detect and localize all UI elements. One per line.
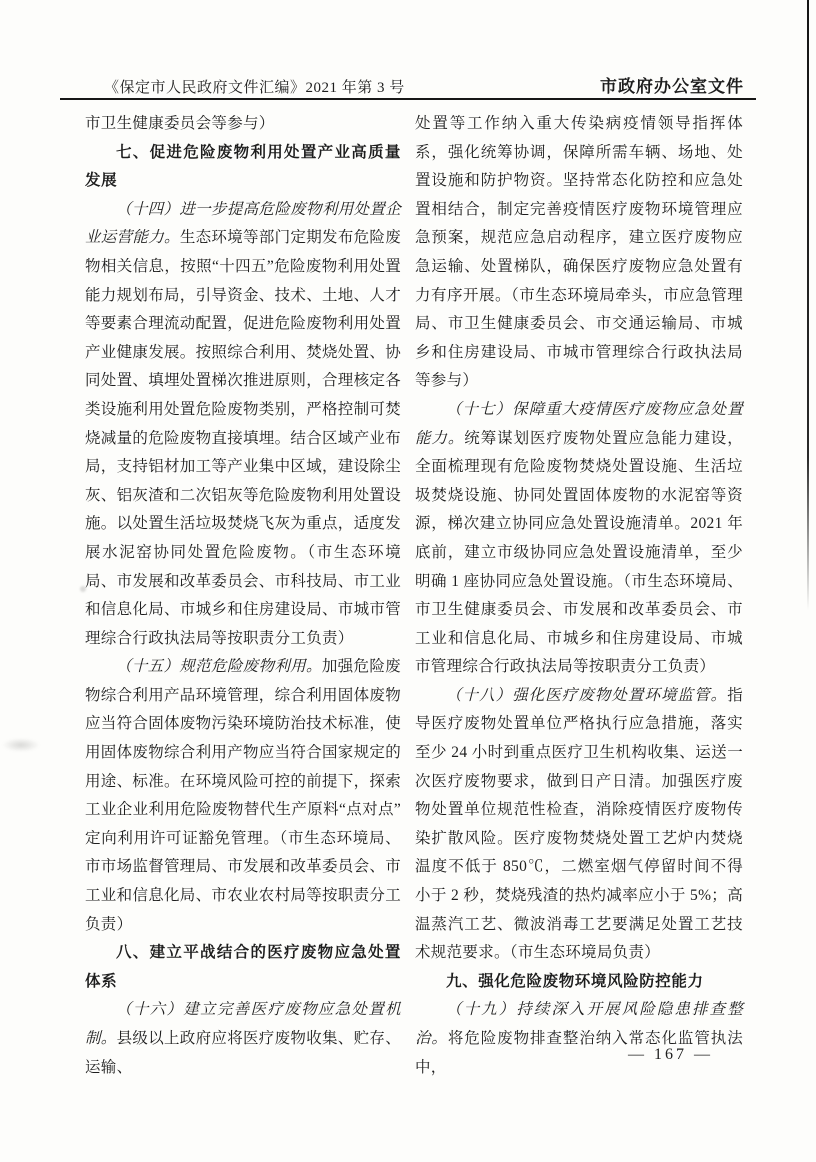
body-text: 八、建立平战结合的医疗废物应急处置体系 xyxy=(85,944,401,990)
body-text: 生态环境等部门定期发布危险废物相关信息，按照“十四五”危险废物利用处置能力规划布… xyxy=(85,229,401,646)
paragraph: 处置等工作纳入重大传染病疫情领导指挥体系，强化统筹协调，保障所需车辆、场地、处置… xyxy=(415,110,743,396)
section-heading: 七、促进危险废物利用处置产业高质量发展 xyxy=(85,139,401,196)
body-text: 七、促进危险废物利用处置产业高质量发展 xyxy=(85,144,401,190)
section-heading: 九、强化危险废物环境风险防控能力 xyxy=(415,968,743,997)
paragraph: （十七）保障重大疫情医疗废物应急处置能力。统筹谋划医疗废物处置应急能力建设，全面… xyxy=(415,396,743,682)
header-divider-line xyxy=(60,98,756,100)
paragraph: （十六）建立完善医疗废物应急处置机制。县级以上政府应将医疗废物收集、贮存、运输、 xyxy=(85,996,401,1082)
paragraph: 市卫生健康委员会等参与） xyxy=(85,110,401,139)
paragraph: （十五）规范危险废物利用。加强危险废物综合利用产品环境管理，综合利用固体废物应当… xyxy=(85,653,401,939)
body-text: 指导医疗废物处置单位严格执行应急措施，落实至少 24 小时到重点医疗卫生机构收集… xyxy=(415,687,743,961)
header-section-label: 市政府办公室文件 xyxy=(600,72,756,97)
body-text: 市卫生健康委员会等参与） xyxy=(85,115,275,132)
paragraph: （十八）强化医疗废物处置环境监管。指导医疗废物处置单位严格执行应急措施，落实至少… xyxy=(415,682,743,968)
paragraph: （十四）进一步提高危险废物利用处置企业运营能力。生态环境等部门定期发布危险废物相… xyxy=(85,196,401,654)
body-text: 县级以上政府应将医疗废物收集、贮存、运输、 xyxy=(85,1030,401,1076)
paragraph: （十九）持续深入开展风险隐患排查整治。将危险废物排查整治纳入常态化监管执法中， xyxy=(415,996,743,1082)
scan-speck xyxy=(80,586,86,592)
section-heading: 八、建立平战结合的医疗废物应急处置体系 xyxy=(85,939,401,996)
clause-title-text: （十八）强化医疗废物处置环境监管。 xyxy=(446,687,727,704)
body-text: 九、强化危险废物环境风险防控能力 xyxy=(446,973,704,990)
header-publication-title: 《保定市人民政府文件汇编》2021 年第 3 号 xyxy=(62,76,405,97)
body-text: 处置等工作纳入重大传染病疫情领导指挥体系，强化统筹协调，保障所需车辆、场地、处置… xyxy=(415,115,743,389)
page-number: — 167 — xyxy=(628,1046,713,1064)
text-column-left: 市卫生健康委员会等参与）七、促进危险废物利用处置产业高质量发展（十四）进一步提高… xyxy=(85,110,401,1082)
clause-title-text: （十五）规范危险废物利用。 xyxy=(116,658,322,675)
document-body: 市卫生健康委员会等参与）七、促进危险废物利用处置产业高质量发展（十四）进一步提高… xyxy=(85,110,743,1082)
body-text: 加强危险废物综合利用产品环境管理，综合利用固体废物应当符合固体废物污染环境防治技… xyxy=(85,658,401,932)
document-page: 《保定市人民政府文件汇编》2021 年第 3 号 市政府办公室文件 市卫生健康委… xyxy=(0,0,816,1162)
scan-edge-line xyxy=(807,0,809,610)
text-column-right: 处置等工作纳入重大传染病疫情领导指挥体系，强化统筹协调，保障所需车辆、场地、处置… xyxy=(415,110,743,1082)
scan-smudge xyxy=(2,738,40,752)
page-header: 《保定市人民政府文件汇编》2021 年第 3 号 市政府办公室文件 xyxy=(62,72,756,97)
body-text: 统筹谋划医疗废物处置应急能力建设，全面梳理现有危险废物焚烧处置设施、生活垃圾焚烧… xyxy=(415,430,743,676)
